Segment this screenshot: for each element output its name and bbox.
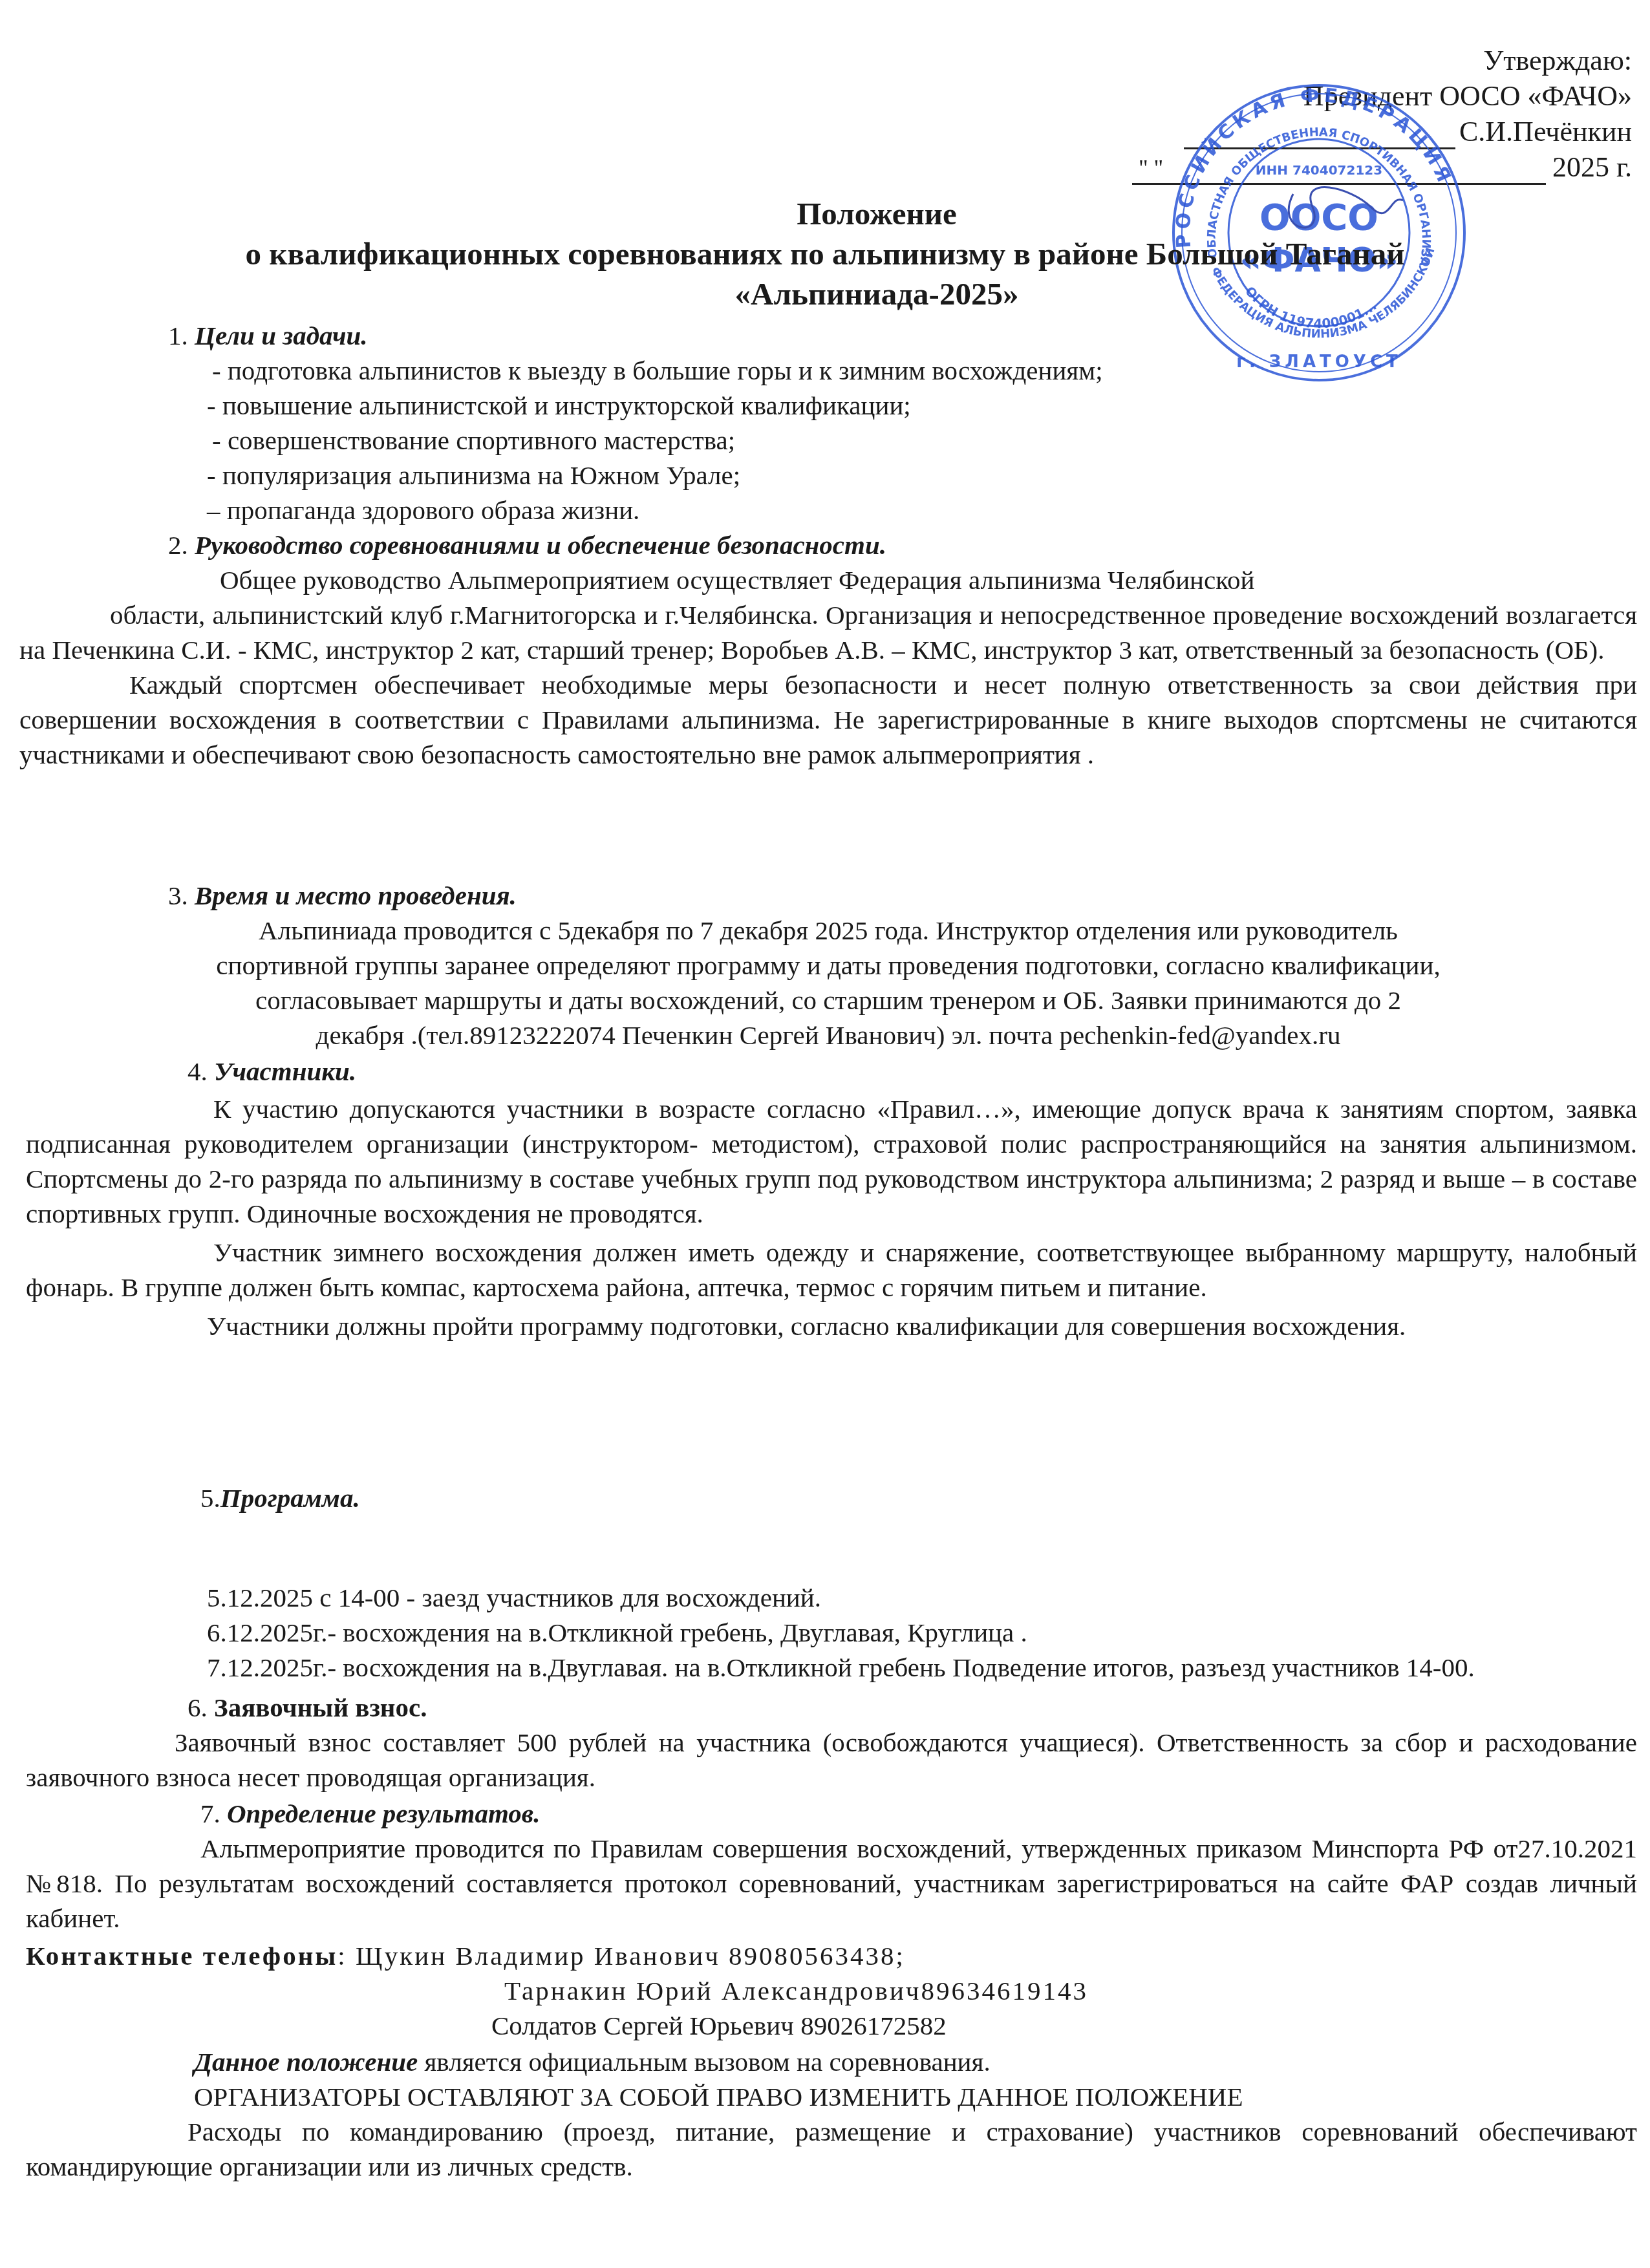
section-time-place: 3. Время и место проведения. Альпиниада … — [97, 878, 1637, 1053]
contact-entry: Солдатов Сергей Юрьевич 89026172582 — [26, 2008, 1637, 2043]
paragraph-line: спортивной группы заранее определяют про… — [19, 948, 1637, 983]
section-heading: 7. Определение результатов. — [26, 1796, 1637, 1831]
paragraph-line: Альпиниада проводится с 5декабря по 7 де… — [19, 913, 1637, 948]
paragraph-line: декабря .(тел.89123222074 Печенкин Серге… — [19, 1018, 1637, 1053]
section-heading: 2. Руководство соревнованиями и обеспече… — [97, 528, 1637, 562]
section-heading: 1. Цели и задачи. — [116, 318, 1637, 353]
rights-notice: ОРГАНИЗАТОРЫ ОСТАВЛЯЮТ ЗА СОБОЙ ПРАВО ИЗ… — [26, 2079, 1637, 2114]
approval-label: Утверждаю: — [1132, 43, 1632, 78]
program-item: 7.12.2025г.- восхождения на в.Двуглавая.… — [26, 1650, 1637, 1685]
footer-block: Данное положение является официальным вы… — [26, 2044, 1637, 2184]
contact-entry: Щукин Владимир Иванович 89080563438; — [356, 1941, 905, 1971]
section-management: 2. Руководство соревнованиями и обеспече… — [97, 528, 1637, 772]
official-notice: Данное положение является официальным вы… — [26, 2044, 1637, 2079]
section-heading: 4. Участники. — [26, 1054, 1637, 1089]
program-item: 5.12.2025 с 14-00 - заезд участников для… — [26, 1580, 1637, 1615]
paragraph: Альпмероприятие проводится по Правилам с… — [26, 1831, 1637, 1936]
paragraph: Каждый спортсмен обеспечивает необходимы… — [19, 667, 1637, 772]
contacts-label: Контактные телефоны — [26, 1941, 337, 1971]
title-line-3: «Альпиниада-2025» — [0, 274, 1650, 314]
contact-entry: Тарнакин Юрий Александрович89634619143 — [26, 1973, 1637, 2008]
paragraph: Заявочный взнос составляет 500 рублей на… — [26, 1725, 1637, 1795]
title-line-1: Положение — [0, 194, 1650, 234]
section-results: 7. Определение результатов. Альпмероприя… — [26, 1796, 1637, 1936]
list-item: - повышение альпинистской и инструкторск… — [116, 388, 1637, 423]
program-item: 6.12.2025г.- восхождения на в.Откликной … — [26, 1615, 1637, 1650]
document-page: Утверждаю: Президент ООСО «ФАЧО» С.И.Печ… — [0, 0, 1650, 2268]
list-item: - популяризация альпинизма на Южном Урал… — [116, 458, 1637, 493]
section-heading: 6. Заявочный взнос. — [26, 1690, 1637, 1725]
paragraph: К участию допускаются участники в возрас… — [26, 1091, 1637, 1231]
section-program: 5.Программа. 5.12.2025 с 14-00 - заезд у… — [26, 1481, 1637, 1685]
list-item: - совершенствование спортивного мастерст… — [116, 423, 1637, 458]
paragraph: Общее руководство Альпмероприятием осуще… — [97, 562, 1637, 597]
paragraph: Участники должны пройти программу подгот… — [26, 1309, 1637, 1343]
section-goals: 1. Цели и задачи. - подготовка альпинист… — [116, 318, 1637, 528]
svg-text:ИНН 7404072123: ИНН 7404072123 — [1256, 162, 1382, 178]
paragraph: области, альпинистский клуб г.Магнитогор… — [19, 597, 1637, 667]
paragraph: Участник зимнего восхождения должен имет… — [26, 1235, 1637, 1305]
contact-line: Контактные телефоны: Щукин Владимир Иван… — [26, 1938, 1637, 1973]
list-item: - подготовка альпинистов к выезду в боль… — [116, 353, 1637, 388]
section-participants: 4. Участники. К участию допускаются учас… — [26, 1054, 1637, 1343]
contacts-block: Контактные телефоны: Щукин Владимир Иван… — [26, 1938, 1637, 2043]
paragraph-line: согласовывает маршруты и даты восхождени… — [19, 983, 1637, 1018]
section-heading: 5.Программа. — [26, 1481, 1637, 1515]
list-item: – пропаганда здорового образа жизни. — [116, 493, 1637, 528]
expenses-notice: Расходы по командированию (проезд, питан… — [26, 2114, 1637, 2184]
section-entry-fee: 6. Заявочный взнос. Заявочный взнос сост… — [26, 1690, 1637, 1795]
section-heading: 3. Время и место проведения. — [97, 878, 1637, 913]
title-line-2: о квалификационных соревнованиях по альп… — [0, 234, 1650, 274]
document-title: Положение о квалификационных соревновани… — [0, 194, 1650, 314]
